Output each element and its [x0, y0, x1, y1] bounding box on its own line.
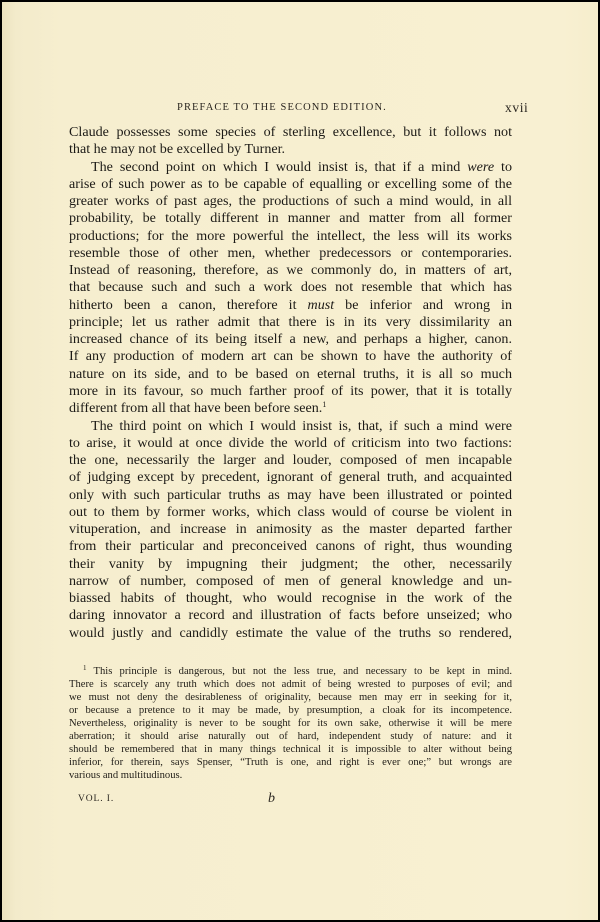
- text-segment: be inferior and wrong in: [334, 297, 512, 313]
- text-line: more in its favour, so much farther proo…: [69, 383, 512, 400]
- footnote-line: we must not deny the desirableness of or…: [69, 691, 512, 704]
- text-segment: [87, 666, 94, 677]
- text-line: that he may not be excelled by Turner.: [69, 141, 512, 158]
- footnote-line: should be remembered that in many things…: [69, 743, 512, 756]
- text-line: resemble those of other men, whether pre…: [69, 245, 512, 262]
- signature-mark: b: [268, 791, 275, 807]
- text-line: out to them by former works, which class…: [69, 504, 512, 521]
- emphasis-text: were: [467, 159, 494, 175]
- running-head: PREFACE TO THE SECOND EDITION. xvii: [2, 102, 598, 118]
- text-line: greater works of past ages, the producti…: [69, 193, 512, 210]
- running-title: PREFACE TO THE SECOND EDITION.: [177, 102, 387, 113]
- text-segment: This principle is dangerous, but not the…: [94, 666, 512, 677]
- text-segment: The second point on which I would insist…: [91, 159, 467, 175]
- footnote-marker: 1: [83, 664, 87, 672]
- page-number: xvii: [505, 100, 528, 116]
- footnote-line: Nevertheless, originality is never to be…: [69, 717, 512, 730]
- text-line: narrow of number, composed of men of gen…: [69, 573, 512, 590]
- text-line: biassed habits of thought, who would rec…: [69, 590, 512, 607]
- footnote-line: There is scarcely any truth which does n…: [69, 678, 512, 691]
- page-footer: VOL. I. b: [2, 794, 598, 810]
- text-line: the one, necessarily the larger and loud…: [69, 452, 512, 469]
- footnote-line: inferior, for therein, says Spenser, “Tr…: [69, 756, 512, 769]
- text-line: from their particular and preconceived c…: [69, 538, 512, 555]
- text-line: Claude possesses some species of sterlin…: [69, 124, 512, 141]
- footnote-line: aberration; it should arise naturally ou…: [69, 730, 512, 743]
- text-line: Instead of reasoning, therefore, as we c…: [69, 262, 512, 279]
- text-line: would justly and candidly estimate the v…: [69, 625, 512, 642]
- text-line: probability, be totally different in man…: [69, 210, 512, 227]
- text-line: nature on its side, and to be based on e…: [69, 366, 512, 383]
- text-line: If any production of modern art can be s…: [69, 348, 512, 365]
- text-line: that because such and such a work does n…: [69, 279, 512, 296]
- text-line: different from all that have been before…: [69, 400, 512, 417]
- text-line: only with such particular truths as may …: [69, 487, 512, 504]
- text-segment: different from all that have been before…: [69, 400, 322, 416]
- footnote: 1 This principle is dangerous, but not t…: [69, 665, 512, 782]
- text-line: productions; for the more powerful the i…: [69, 228, 512, 245]
- text-line: vituperation, and increase in animosity …: [69, 521, 512, 538]
- footnote-reference[interactable]: 1: [322, 400, 326, 409]
- body-text: Claude possesses some species of sterlin…: [69, 124, 512, 642]
- book-page: PREFACE TO THE SECOND EDITION. xvii Clau…: [2, 2, 598, 920]
- footnote-line: various and multitudinous.: [69, 769, 512, 782]
- text-line: daring innovator a record and illustrati…: [69, 607, 512, 624]
- text-segment: hitherto been a canon, therefore it: [69, 297, 308, 313]
- text-line: principle; let us rather admit that ther…: [69, 314, 512, 331]
- text-line: of judging except by precedent, ignorant…: [69, 469, 512, 486]
- footnote-line: 1 This principle is dangerous, but not t…: [69, 665, 512, 678]
- text-line: arise of such power as to be capable of …: [69, 176, 512, 193]
- text-line: increased chance of its being itself a n…: [69, 331, 512, 348]
- text-line: to arise, it would at once divide the wo…: [69, 435, 512, 452]
- paragraph-start-line: The third point on which I would insist …: [69, 418, 512, 435]
- footnote-line: or because a pretence to it may be made,…: [69, 704, 512, 717]
- text-segment: to: [494, 159, 512, 175]
- text-line: their vanity by impugning their judgment…: [69, 556, 512, 573]
- text-line: hitherto been a canon, therefore it must…: [69, 297, 512, 314]
- volume-label: VOL. I.: [78, 794, 114, 804]
- emphasis-text: must: [308, 297, 335, 313]
- paragraph-start-line: The second point on which I would insist…: [69, 159, 512, 176]
